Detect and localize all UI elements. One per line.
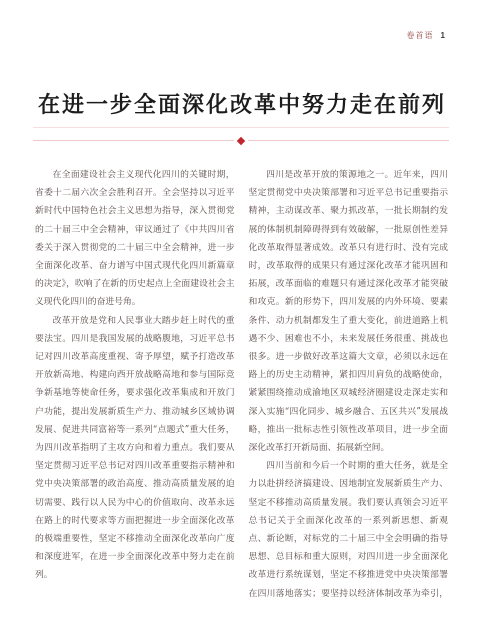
title-divider	[33, 136, 449, 145]
article-body: 在全面建设社会主义现代化四川的关键时期，省委十二届六次全会胜利召开。全会坚持以习…	[35, 166, 448, 614]
divider-line-left	[33, 140, 234, 141]
paragraph: 四川是改革开放的策源地之一。近年来，四川坚定贯彻党中央决策部署和习近平总书记重要…	[249, 166, 449, 457]
paragraph: 改革开放是党和人民事业大踏步赶上时代的重要法宝。四川是我国发展的战略腹地，习近平…	[35, 312, 235, 585]
divider-line-right	[248, 140, 449, 141]
page-title: 在进一步全面深化改革中努力走在前列	[0, 88, 484, 119]
paragraph: 在全面建设社会主义现代化四川的关键时期，省委十二届六次全会胜利召开。全会坚持以习…	[35, 166, 235, 312]
magazine-page: 卷首语 1 在进一步全面深化改革中努力走在前列 在全面建设社会主义现代化四川的关…	[0, 0, 484, 640]
page-header: 卷首语 1	[407, 30, 446, 41]
title-underline	[33, 127, 449, 128]
page-number: 1	[441, 31, 446, 40]
diamond-icon	[237, 136, 245, 144]
section-label: 卷首语	[407, 30, 434, 41]
